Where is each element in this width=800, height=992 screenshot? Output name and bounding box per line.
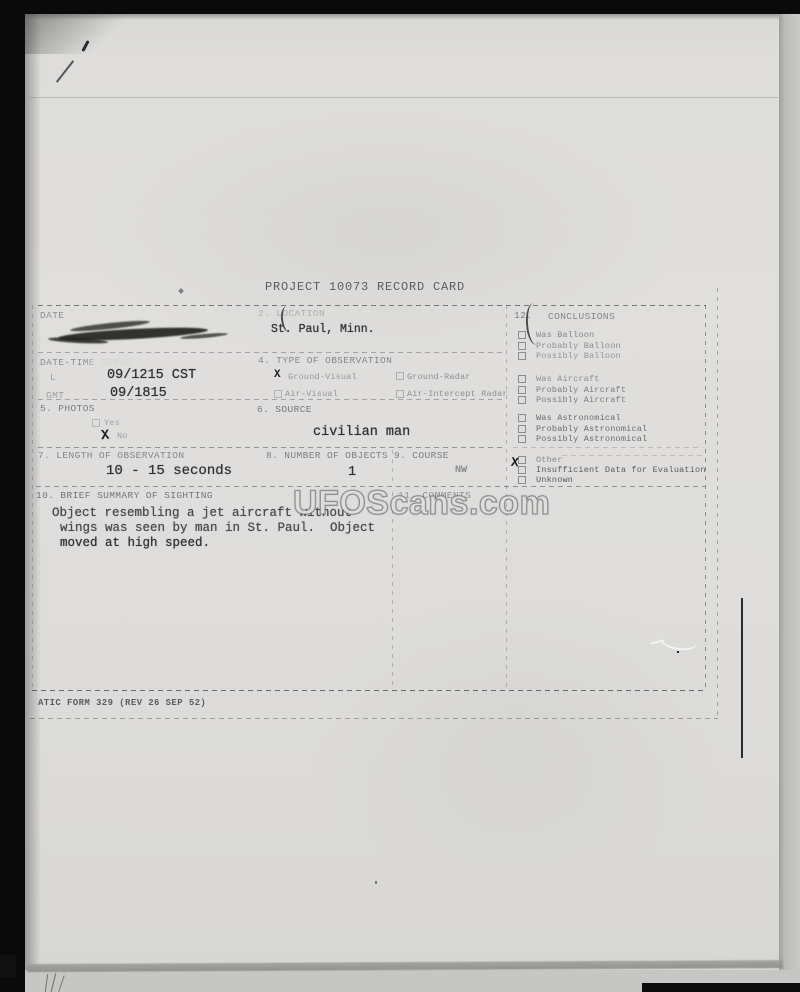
conclusions-label: CONCLUSIONS: [548, 311, 615, 322]
checkbox: [518, 476, 526, 484]
paper-top-edge: [25, 14, 779, 20]
row-divider: [38, 352, 506, 353]
bottom-left-notch: [0, 955, 16, 977]
conclusion-label: Possibly Balloon: [536, 351, 621, 361]
length-of-observation-label: 7. LENGTH OF OBSERVATION: [38, 450, 184, 461]
column-divider: [392, 450, 393, 486]
summary-line-3: moved at high speed.: [60, 536, 210, 550]
conclusion-row: Possibly Aircraft: [518, 391, 626, 409]
option-air-visual: Air-Visual: [285, 389, 338, 399]
number-of-objects-label: 8. NUMBER OF OBJECTS: [266, 450, 388, 461]
number-of-objects-value: 1: [348, 465, 356, 480]
gmt-label: GMT: [46, 390, 64, 401]
bottom-right-strip: [642, 983, 800, 992]
scanned-document-page: PROJECT 10073 RECORD CARD DATE 2. LOCATI…: [0, 0, 800, 992]
checkbox-air-visual: [274, 390, 282, 398]
conclusion-row: Possibly Astronomical: [518, 430, 647, 448]
card-border-top: [38, 305, 706, 306]
checkbox: [518, 396, 526, 404]
date-time-group-label: DATE-TIME GROUP: [40, 357, 132, 368]
stray-dot: [677, 651, 679, 653]
local-value: 09/1215 CST: [107, 368, 196, 383]
checkbox-photos-yes: [92, 419, 100, 427]
checkbox-ground-radar: [396, 372, 404, 380]
x-mark-photos-no: X: [100, 428, 110, 445]
card-border-bottom: [32, 690, 706, 691]
form-footer: ATIC FORM 329 (REV 26 SEP 52): [38, 698, 206, 708]
card-title: PROJECT 10073 RECORD CARD: [265, 280, 465, 294]
brief-summary-label: 10. BRIEF SUMMARY OF SIGHTING: [36, 490, 213, 501]
option-ground-visual: Ground-Visual: [288, 372, 357, 382]
conclusion-row: Possibly Balloon: [518, 347, 621, 365]
course-value: NW: [455, 465, 467, 476]
gmt-value: 09/1815: [110, 386, 167, 401]
photos-no-label: No: [117, 431, 128, 441]
type-of-observation-label: 4. TYPE OF OBSERVATION: [258, 355, 392, 366]
card-border-left: [32, 305, 33, 690]
option-air-intercept-radar: Air-Intercept Radar: [407, 389, 508, 399]
margin-line: [741, 598, 743, 758]
row-divider: [38, 399, 506, 400]
source-label: 6. SOURCE: [257, 404, 312, 415]
photos-yes-label: Yes: [104, 418, 120, 428]
checkbox: [518, 352, 526, 360]
dotted-leader: [562, 455, 702, 456]
photos-label: 5. PHOTOS: [40, 403, 95, 414]
summary-line-2: wings was seen by man in St. Paul. Objec…: [60, 521, 375, 535]
course-label: 9. COURSE: [394, 450, 449, 461]
source-value: civilian man: [313, 425, 410, 440]
scan-blotch: [85, 104, 685, 364]
card-outer-border-right: [717, 288, 718, 718]
stray-dot: [375, 881, 377, 884]
checkbox: [518, 435, 526, 443]
local-label: L: [50, 372, 56, 383]
date-label: DATE: [40, 310, 64, 321]
row-divider: [38, 447, 506, 448]
x-mark-insufficient-data: X: [510, 455, 519, 471]
watermark: UFOScans.com: [293, 484, 550, 523]
paper-right-edge: [779, 14, 800, 972]
paper-corner-shade: [25, 14, 135, 54]
crease-line: [30, 97, 778, 98]
checkbox-air-intercept-radar: [396, 390, 404, 398]
location-value: St. Paul, Minn.: [271, 323, 375, 336]
option-ground-radar: Ground-Radar: [407, 372, 471, 382]
x-mark-ground-visual: X: [274, 369, 281, 381]
conclusion-label: Possibly Astronomical: [536, 434, 647, 444]
card-outer-border-bottom: [30, 718, 718, 719]
card-border-right: [705, 305, 706, 690]
length-of-observation-value: 10 - 15 seconds: [106, 463, 232, 479]
conclusion-label: Possibly Aircraft: [536, 395, 626, 405]
